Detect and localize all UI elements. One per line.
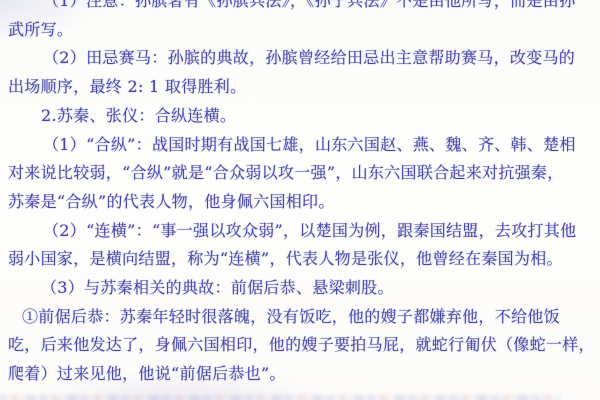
- text-line: （2）田忌赛马：孙膑的典故，孙膑曾经给田忌出主意帮助赛马，改变马的: [8, 44, 596, 73]
- text-line: 弱小国家，是横向结盟，称为“连横”，代表人物是张仪，他曾经在秦国为相。: [8, 245, 596, 274]
- text-line: 出场顺序，最终 2: 1 取得胜利。: [8, 73, 596, 102]
- text-line: 苏秦是“合纵”的代表人物，他身佩六国相印。: [8, 188, 596, 217]
- bottom-cutoff-line-blur: [0, 395, 560, 400]
- text-line: 武所写。: [8, 16, 596, 45]
- text-line: 2.苏秦、张仪：合纵连横。: [8, 102, 596, 131]
- text-line: （1）注意：孙膑著有《孙膑兵法》，《孙子兵法》不是由他所写，而是由孙: [8, 0, 596, 16]
- text-line: （2）“连横”：“事一强以攻众弱”，以楚国为例，跟秦国结盟，去攻打其他: [8, 217, 596, 246]
- document-text-block: （1）注意：孙膑著有《孙膑兵法》，《孙子兵法》不是由他所写，而是由孙武所写。（2…: [8, 0, 596, 389]
- text-line: （1）“合纵”：战国时期有战国七雄，山东六国赵、燕、魏、齐、韩、楚相: [8, 131, 596, 160]
- text-line: 对来说比较弱，“合纵”就是“合众弱以攻一强”，山东六国联合起来对抗强秦，: [8, 159, 596, 188]
- text-line: 爬着）过来见他，他说“前倨后恭也”。: [8, 360, 596, 389]
- text-line: 吃，后来他发达了，身佩六国相印，他的嫂子要拍马屁，就蛇行匍伏（像蛇一样，: [8, 331, 596, 360]
- text-line: （3）与苏秦相关的典故：前倨后恭、悬梁刺股。: [8, 274, 596, 303]
- scanned-document-page: { "colors": { "text": "#4444aa", "backgr…: [0, 0, 600, 400]
- text-line: ①前倨后恭：苏秦年轻时很落魄，没有饭吃，他的嫂子都嫌弃他，不给他饭: [8, 303, 596, 332]
